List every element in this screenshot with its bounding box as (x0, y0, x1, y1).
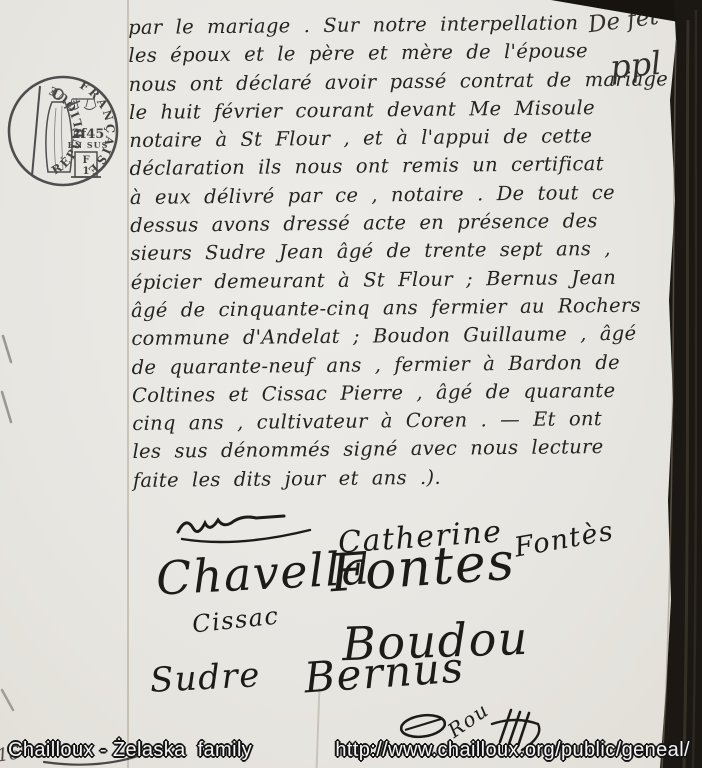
scanned-document-page: RÉPUBLIQUE FRANÇAISE 2f45 EN SUS F 1 par… (0, 0, 702, 768)
footer-family-caption: Chailloux - Żelaska family (8, 739, 252, 762)
left-edge-smudge-2 (0, 686, 16, 716)
margin-annotation: ppl (608, 44, 662, 86)
stamp-value-sub-text: EN SUS (68, 140, 109, 150)
handwritten-line: faite les dits jour et ans .). (133, 461, 693, 495)
signature: Fontes (328, 532, 517, 605)
handwritten-text-block: par le mariage . Sur notre interpellatio… (128, 8, 693, 495)
signature: Sudre (149, 655, 262, 701)
footer-url-caption: http://www.chailloux.org/public/geneal/ (335, 739, 690, 762)
oval-flourish-icon (396, 710, 450, 742)
signature: Bernus (302, 642, 465, 702)
stamp-pedestal-line1: F (82, 155, 89, 166)
stamp-pedestal: F 1 (71, 152, 101, 177)
stamp-pedestal-line2: 1 (83, 166, 90, 177)
handwritten-line: Coltines et Cissac Pierre , âgé de quara… (132, 376, 692, 410)
signature: Cissac (191, 602, 281, 639)
left-edge-smudge (0, 330, 14, 440)
handwritten-line: à eux délivré par ce , notaire . De tout… (130, 178, 690, 212)
paraph-squiggle-icon (172, 506, 322, 546)
signature: Fontès (512, 516, 616, 564)
revenue-stamp: RÉPUBLIQUE FRANÇAISE 2f45 EN SUS F 1 (4, 58, 122, 204)
handwritten-line: nous ont déclaré avoir passé contrat de … (129, 65, 689, 99)
